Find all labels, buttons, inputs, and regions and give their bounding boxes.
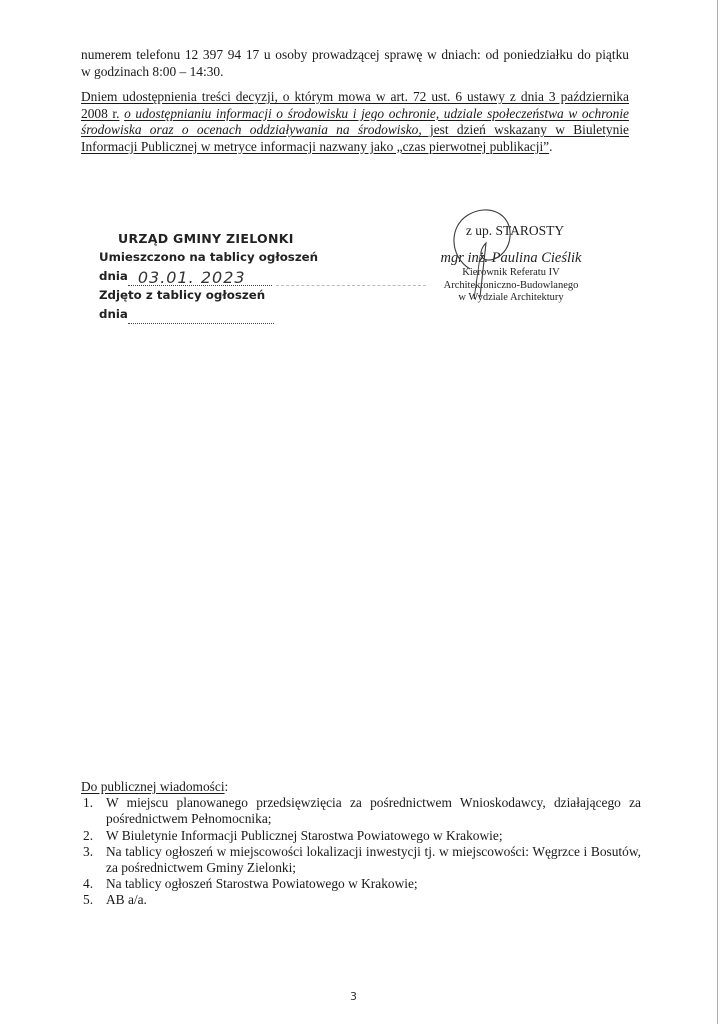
- signature-block: z up. STAROSTY mgr inż. Paulina Cieślik …: [410, 220, 590, 305]
- page-number: 3: [350, 990, 357, 1003]
- list-item-number: 4.: [81, 876, 106, 892]
- list-item: 3. Na tablicy ogłoszeń w miejscowości lo…: [81, 844, 641, 876]
- authority-line: z up. STAROSTY: [410, 223, 590, 239]
- removed-date-label: dnia: [99, 305, 128, 324]
- stamp-office-title: URZĄD GMINY ZIELONKI: [99, 229, 426, 248]
- list-item-number: 2.: [81, 828, 106, 844]
- removed-date-field: [128, 311, 274, 324]
- distribution-heading-row: Do publicznej wiadomości:: [81, 779, 641, 795]
- list-item: 4. Na tablicy ogłoszeń Starostwa Powiato…: [81, 876, 641, 892]
- signatory-role-1: Kierownik Referatu IV: [410, 267, 590, 280]
- distribution-list: 1. W miejscu planowanego przedsięwzięcia…: [81, 795, 641, 908]
- list-item-text: AB a/a.: [106, 892, 641, 908]
- distribution-heading: Do publicznej wiadomości: [81, 779, 225, 794]
- list-item-text: Na tablicy ogłoszeń w miejscowości lokal…: [106, 844, 641, 876]
- list-item: 1. W miejscu planowanego przedsięwzięcia…: [81, 795, 641, 827]
- posted-label: Umieszczono na tablicy ogłoszeń: [99, 248, 426, 267]
- handwritten-posted-date: 03.01. 2023: [138, 268, 246, 287]
- contact-paragraph: numerem telefonu 12 397 94 17 u osoby pr…: [81, 47, 629, 80]
- posted-date-label: dnia: [99, 267, 128, 286]
- publication-paragraph: Dniem udostępnienia treści decyzji, o kt…: [81, 89, 629, 155]
- signatory-name: mgr inż. Paulina Cieślik: [410, 249, 590, 267]
- list-item-number: 5.: [81, 892, 106, 908]
- list-item-number: 3.: [81, 844, 106, 876]
- removed-label: Zdjęto z tablicy ogłoszeń: [99, 286, 426, 305]
- distribution-heading-colon: :: [225, 779, 229, 794]
- signatory-role-3: w Wydziale Architektury: [410, 292, 590, 305]
- contact-line-2: w godzinach 8:00 – 14:30.: [81, 64, 629, 81]
- document-page: numerem telefonu 12 397 94 17 u osoby pr…: [0, 0, 726, 1024]
- signatory-role-2: Architektoniczno-Budowlanego: [410, 280, 590, 293]
- list-item-text: W miejscu planowanego przedsięwzięcia za…: [106, 795, 641, 827]
- removed-date-row: dnia: [99, 305, 426, 324]
- contact-line-1: numerem telefonu 12 397 94 17 u osoby pr…: [81, 47, 629, 64]
- posted-date-field: 03.01. 2023: [128, 273, 272, 286]
- distribution-section: Do publicznej wiadomości: 1. W miejscu p…: [81, 779, 641, 909]
- list-item-text: Na tablicy ogłoszeń Starostwa Powiatoweg…: [106, 876, 641, 892]
- publication-period: .: [549, 139, 552, 154]
- list-item-number: 1.: [81, 795, 106, 827]
- notice-board-stamp: URZĄD GMINY ZIELONKI Umieszczono na tabl…: [99, 229, 426, 324]
- list-item-text: W Biuletynie Informacji Publicznej Staro…: [106, 828, 641, 844]
- faint-dotted-line: [276, 273, 426, 286]
- list-item: 5. AB a/a.: [81, 892, 641, 908]
- posted-date-row: dnia 03.01. 2023: [99, 267, 426, 286]
- list-item: 2. W Biuletynie Informacji Publicznej St…: [81, 828, 641, 844]
- scan-edge-line: [717, 0, 718, 1024]
